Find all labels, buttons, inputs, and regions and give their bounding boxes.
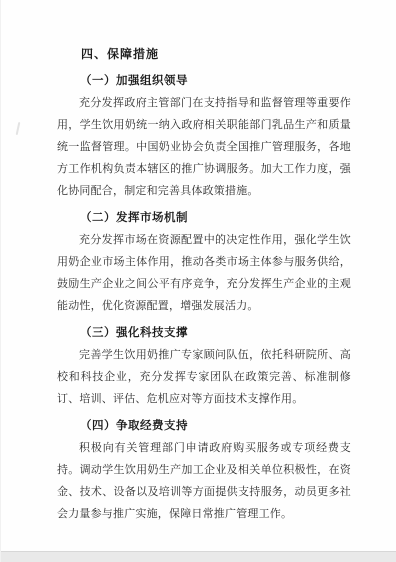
paragraph-organization: 充分发挥政府主管部门在支持指导和监督管理等重要作用，学生饮用奶统一纳入政府相关职…	[57, 92, 351, 202]
page-bottom-edge	[1, 551, 396, 562]
subsection-heading-organization: （一）加强组织领导	[57, 70, 351, 92]
section-title: 四、保障措施	[57, 43, 351, 65]
subsection-heading-market: （二）发挥市场机制	[57, 207, 351, 229]
paragraph-market: 充分发挥市场在资源配置中的决定性作用，强化学生饮用奶企业市场主体作用，推动各类市…	[57, 229, 351, 317]
document-content: 四、保障措施 （一）加强组织领导 充分发挥政府主管部门在支持指导和监督管理等重要…	[57, 43, 351, 525]
scan-artifact	[16, 122, 21, 135]
subsection-heading-technology: （三）强化科技支撑	[57, 322, 351, 344]
paragraph-technology: 完善学生饮用奶推广专家顾问队伍，依托科研院所、高校和科技企业，充分发挥专家团队在…	[57, 344, 351, 410]
subsection-heading-funding: （四）争取经费支持	[57, 415, 351, 437]
paragraph-funding: 积极向有关管理部门申请政府购买服务或专项经费支持。调动学生饮用奶生产加工企业及相…	[57, 437, 351, 525]
document-page: 四、保障措施 （一）加强组织领导 充分发挥政府主管部门在支持指导和监督管理等重要…	[0, 0, 396, 562]
